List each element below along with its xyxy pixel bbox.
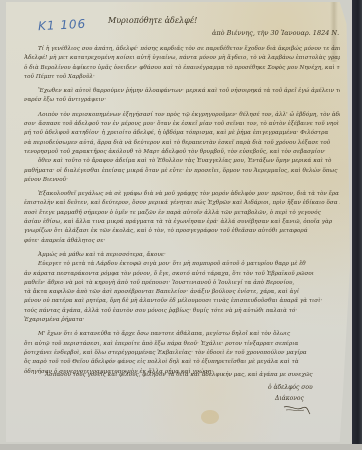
body-line: ῥοτιχάνει ἐνδερβοὶ, καὶ ὅλω στερέγρομμέν…: [24, 349, 340, 358]
archive-mark: Κ1 106: [38, 17, 87, 34]
body-line: ὅτι αὐτῷ τοῦ περιστάσεσι, καὶ ἐπεροίτε ἀ…: [24, 340, 340, 349]
signoff: ὁ ἀδελφός σου: [268, 384, 313, 391]
body-line: Ἐξακολουθεῖ μεγάλως νὰ σὲ γράφω διὰ νὰ μ…: [24, 190, 340, 199]
body-line: Ἐχαρισμένα ῥήματα·: [24, 316, 340, 325]
signature: Διάκονος: [275, 395, 304, 402]
body-line: τὰ ἄκτα καφιλῶν ἀπὸ τῶν ἀσὶ προσέβρονται…: [24, 288, 340, 297]
paper-stain: [201, 410, 219, 424]
body-line: Τί ἡ γενέθλιος σου ἀπάτη, ἀδελφέ· πόσης …: [24, 45, 340, 54]
body-line: ἐπιστολὴν καὶ δεῦτεν, καὶ δεύτερον, ὅσον…: [24, 199, 340, 208]
body-line: ἀν κάρατα πεσταράκοντα ρόμφα τὸν μόνον, …: [24, 270, 340, 279]
body-line: ὅς παρὸ τοῦ τοῦ Θεῖου ἀδελφόν φάνος εἰς …: [24, 358, 340, 367]
body-line: Ἀμμώς νὰ μάθω καὶ τὰ περισσότερα, ἄκουε·: [24, 251, 340, 260]
scanner-edge: [352, 0, 362, 450]
body-line: νὰ περιοδεύσωμεν αὐτά, ἄρρα διὰ νὰ δεύτε…: [24, 139, 340, 148]
body-line: μένον οὐ πατέρα καὶ ρητέρα, ὅμη δὲ μὴ ἀλ…: [24, 297, 340, 306]
dateline: ἀπὸ Βιέννης, τὴν 30 Ἰανουαρ. 1824 Ν.: [212, 29, 339, 37]
body-line: μαθήματα· οἱ διαλέγεσθαι ἐπείσας μικρά ὅ…: [24, 167, 340, 176]
body-line: σου· ἄσπασε τοῦ ἀδελφοῦ τον ἐν μέρους μο…: [24, 120, 340, 129]
body-line: γνωρίζων ὅτι ἀλάξασι ἐκ τῶν ἐκολάς, καὶ …: [24, 227, 340, 236]
salutation: Μυριοπόθητε ἀδελφέ!: [108, 16, 197, 25]
body-line: ἀσίαν ἐθίσω, καὶ ἄλλα τινα μικρά πράγματ…: [24, 218, 340, 227]
body-line: μένον Βιεννοῦ·: [24, 176, 340, 185]
body-line: ποσὶ ἔτεγε μαρμαθῆ σήμερον ὁ ὑμῖν τε μαζ…: [24, 209, 340, 218]
body-line: Λοιπὸν τὸν περισκοπημένων ἐξηγήσασί τον …: [24, 111, 340, 120]
closing-line: Ἀσπάσου τοὺς γονεῖς καὶ φίλους, φίλησον …: [45, 372, 313, 378]
scanner-bottom-edge: [0, 444, 362, 450]
body-line: μαθεῖν· ἄθριο νὰ μοὶ τὰ κηρυγὴ ἀπὸ τοῦ π…: [24, 279, 340, 288]
signature-flourish-icon: [282, 403, 312, 415]
body-line: ὁ διὰ Βερολίνου ἀφίκετο ὑμᾶς ὀνειδεν· φθ…: [24, 64, 340, 73]
body-line: Ἔχωθεν καὶ αὐτοὶ θαρρούμεν ῥήμην ἀλοαφάν…: [24, 87, 340, 96]
body-line: Μ' ἔχων ὅτι ὁ κατανεῦθα τὸ ἄρχε ὅσω παντ…: [24, 330, 340, 339]
body-line: Εὐεργετ τὸ μετὰ τὰ Λάρδου ἐκτοφῶ σιγὰ μο…: [24, 260, 340, 269]
body-line: Ἀδελφέ! μὴ μετ κατατρεχομένη κοίσει αὐτῆ…: [24, 54, 340, 63]
body-line: τοῦ Πέμπτ τοῦ Χαρβοῦλ·: [24, 73, 340, 82]
body-line: ναρέσ ἔξω τοῦ ἀντιγράψειν·: [24, 96, 340, 105]
body-line: μή τοῦ ἀδελφοῦ κατηδίου· ἦ χρειοίτο ἀδελ…: [24, 129, 340, 138]
body-line: τούς πάντας ἀγάπα, ἀλλὰ τοῦ ἑαυτὸν σου μ…: [24, 307, 340, 316]
body-line: τενορησμοῦ τοῦ χαρακτῆρος ἀκόλουθ τὸ Μαρ…: [24, 148, 340, 157]
letter-body: Τί ἡ γενέθλιος σου ἀπάτη, ἀδελφέ· πόσης …: [24, 45, 340, 377]
body-line: ὅθεν καὶ τοῦτο τὸ ἄραφον ἀδείμα καὶ τὸ Ἐ…: [24, 157, 340, 166]
body-line: φύτε· ἀπαρεία ἀθάλητος σε·: [24, 237, 340, 246]
